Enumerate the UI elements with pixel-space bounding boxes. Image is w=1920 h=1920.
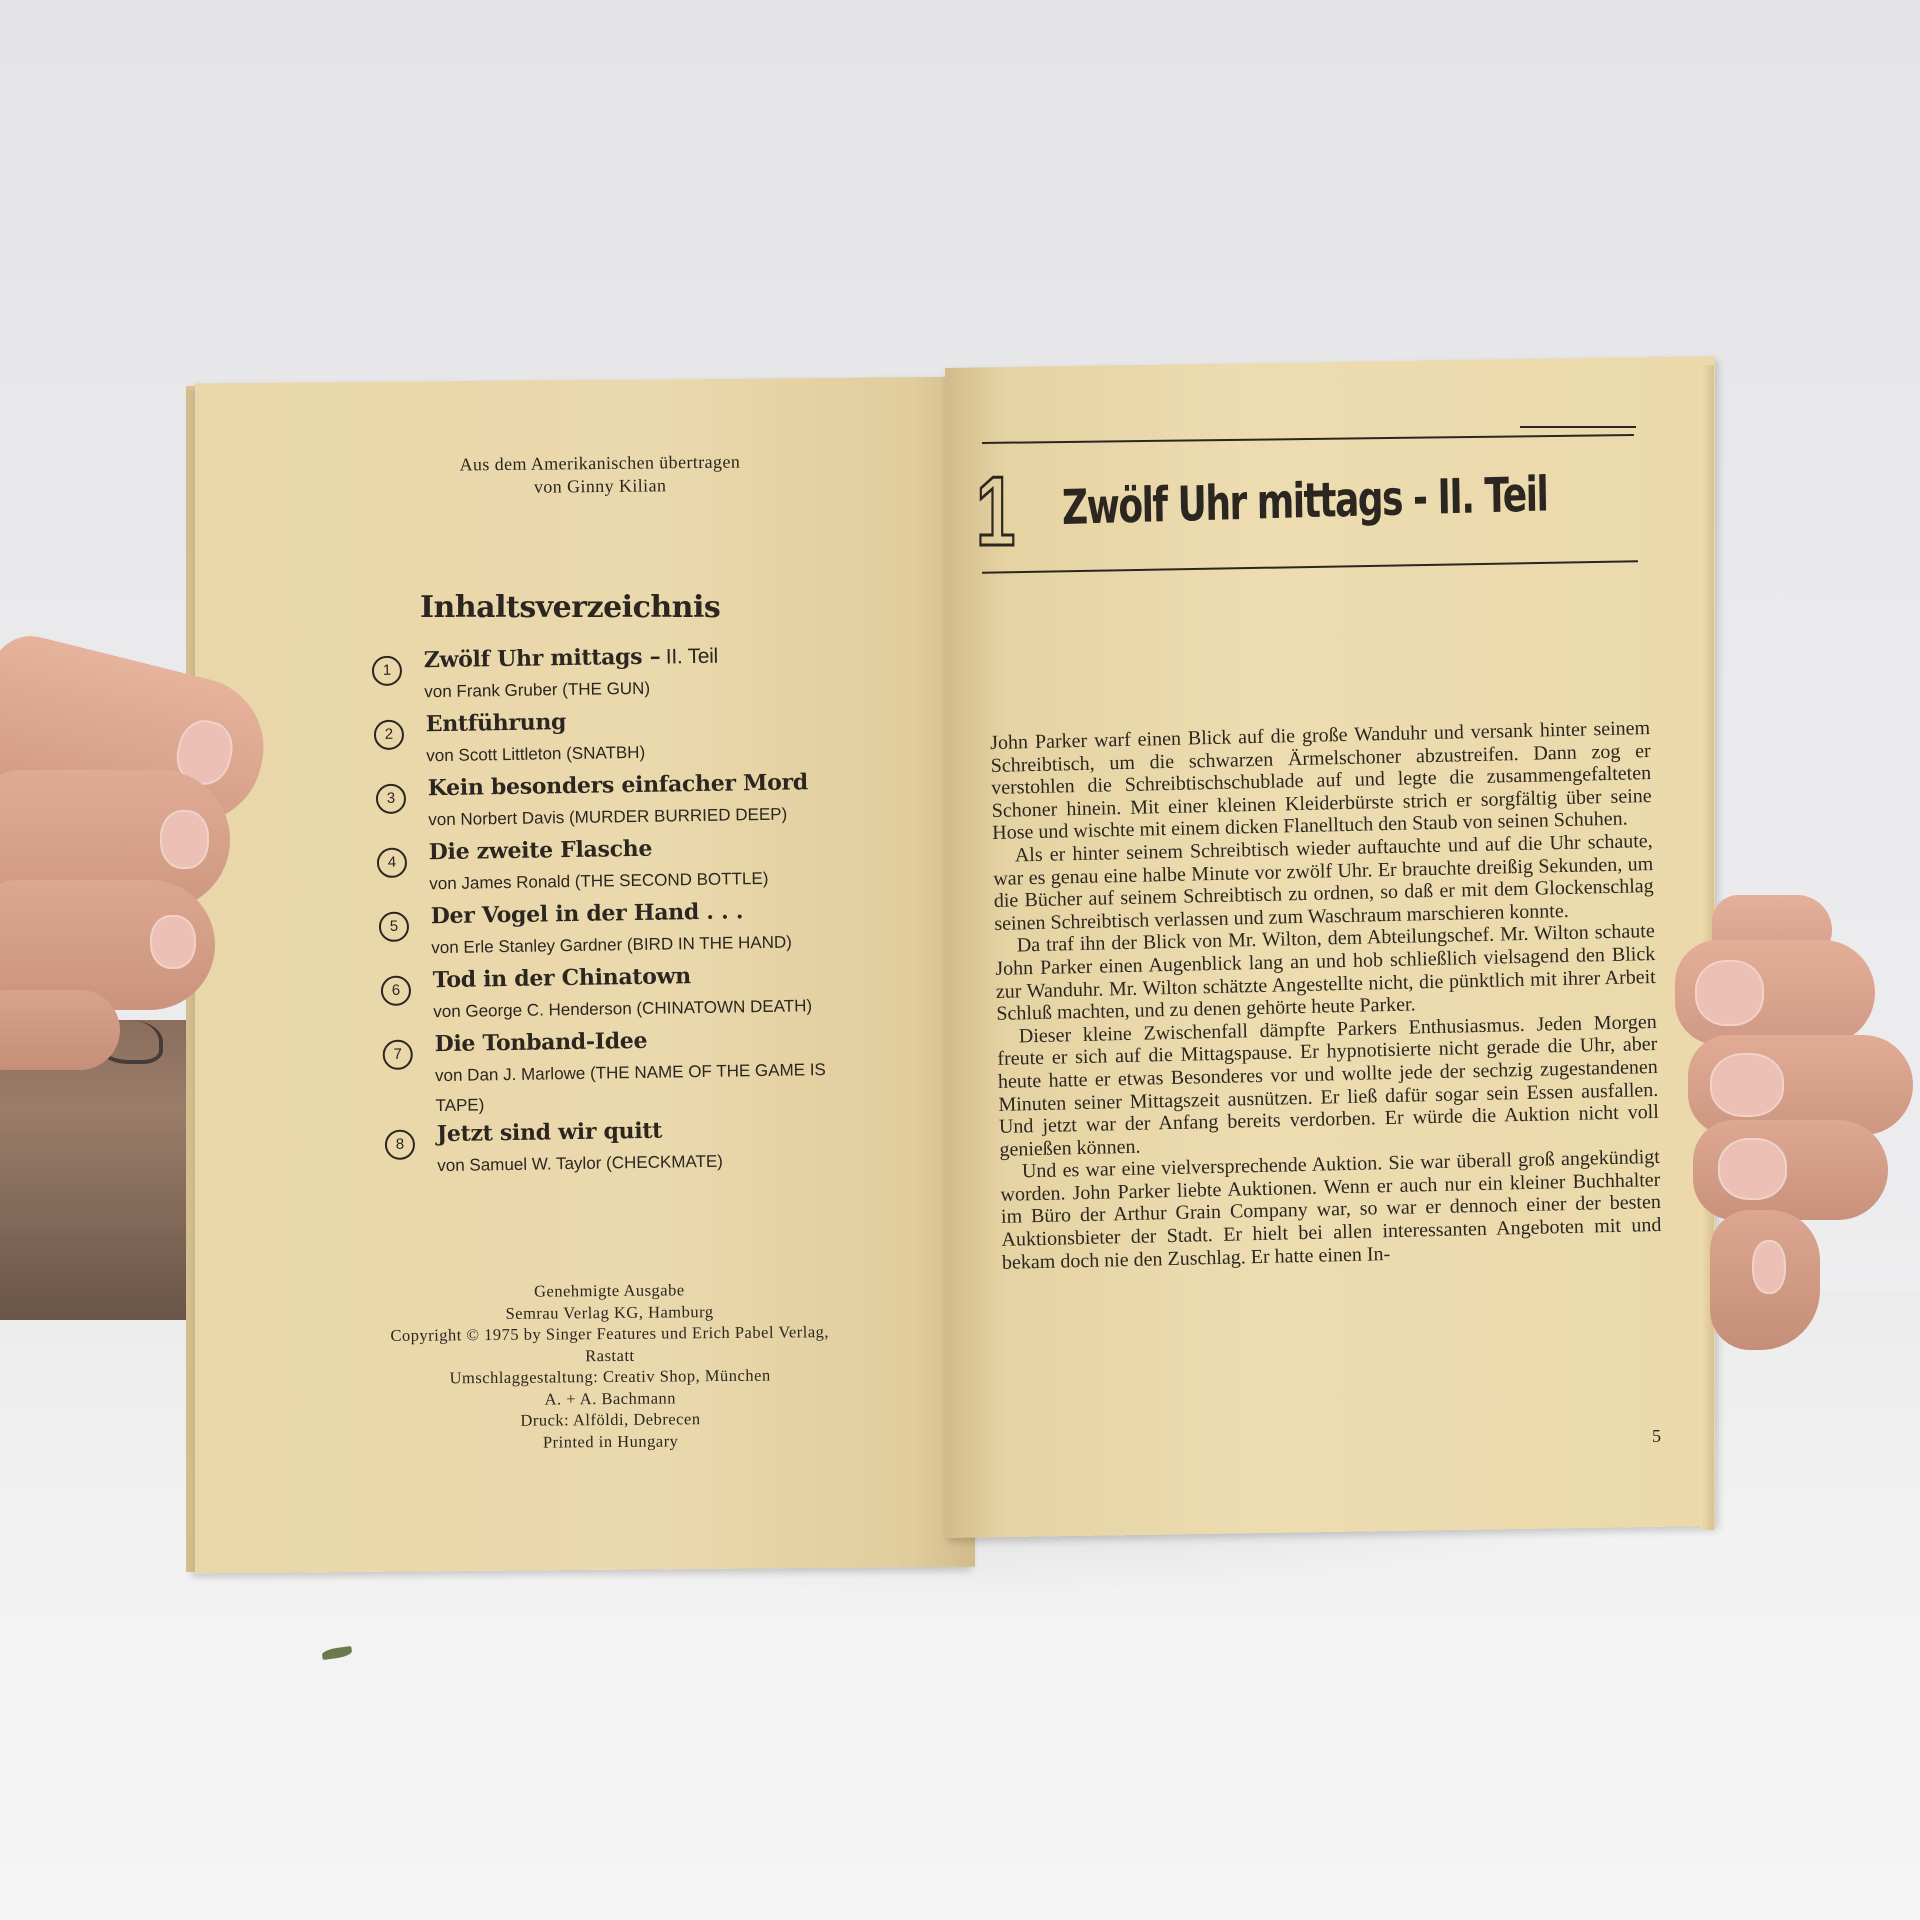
toc-entry-original-title: (SNATBH) [561,743,645,763]
toc-entry-author: von Frank Gruber (THE GUN) [424,674,650,708]
right-hand-index-finger [1675,940,1875,1045]
toc-entry-title: Zwölf Uhr mittags – II. Teil [424,643,719,674]
toc-entry: 1Zwölf Uhr mittags – II. Teilvon Frank G… [372,636,893,708]
body-paragraph: Und es war eine vielversprechende Auktio… [1000,1146,1662,1274]
toc-entry-original-title: (THE GUN) [557,679,650,699]
body-paragraph: Da traf ihn der Blick von Mr. Wilton, de… [995,920,1657,1025]
toc-entry-title: Die Tonband-Idee [434,1028,647,1057]
toc-entry: 2Entführungvon Scott Littleton (SNATBH) [373,700,892,772]
toc-entry: 8Jetzt sind wir quittvon Samuel W. Taylo… [384,1110,892,1182]
toc-entry-title: Tod in der Chinatown [433,963,691,993]
toc-number-circle: 8 [384,1130,414,1160]
toc-heading: Inhaltsverzeichnis [420,590,720,625]
toc-entry-title: Kein besonders einfacher Mord [427,769,807,801]
toc-number-circle: 7 [382,1040,412,1070]
body-paragraph: Dieser kleine Zwischenfall dämpfte Parke… [997,1011,1660,1162]
toc-number-circle: 2 [374,720,404,750]
toc-entry-author: von Scott Littleton (SNATBH) [426,738,645,771]
chapter-top-rule-right [1520,426,1636,428]
toc-entry-author: von Samuel W. Taylor (CHECKMATE) [437,1147,723,1181]
translator-credit: Aus dem Amerikanischen übertragen von Gi… [430,450,770,500]
page-number: 5 [1652,1426,1661,1447]
right-hand-ring-finger [1693,1120,1888,1220]
toc-entry-title: Die zweite Flasche [429,836,653,866]
toc-entry-title: Entführung [425,709,566,737]
left-hand-pinky [0,990,120,1070]
toc-number-circle: 3 [375,784,405,814]
toc-entry-title: Der Vogel in der Hand . . . [431,898,744,929]
toc-entry: 6Tod in der Chinatownvon George C. Hende… [381,956,893,1028]
toc-number-circle: 4 [377,848,407,878]
table-of-contents: 1Zwölf Uhr mittags – II. Teilvon Frank G… [372,640,892,1178]
toc-number-circle: 6 [381,976,411,1006]
body-paragraph: John Parker warf einen Blick auf die gro… [990,717,1652,845]
toc-entry: 3Kein besonders einfacher Mordvon Norber… [375,764,892,836]
toc-entry-original-title: (THE SECOND BOTTLE) [570,869,769,891]
toc-entry-original-title: (MURDER BURRIED DEEP) [564,805,787,827]
toc-entry-original-title: (CHECKMATE) [601,1152,723,1173]
right-hand-pinky [1710,1210,1820,1350]
toc-entry-title-suffix: II. Teil [660,645,718,669]
toc-entry: 7Die Tonband-Ideevon Dan J. Marlowe (THE… [382,1020,893,1118]
toc-entry-original-title: (THE NAME OF THE GAME IS TAPE) [435,1060,826,1115]
toc-entry: 4Die zweite Flaschevon James Ronald (THE… [377,828,893,900]
toc-entry-title: Jetzt sind wir quitt [436,1118,662,1148]
translator-line-1: Aus dem Amerikanischen übertragen [430,450,770,477]
translator-line-2: von Ginny Kilian [430,473,770,500]
chapter-number: 1 [976,462,1015,560]
toc-entry-original-title: (BIRD IN THE HAND) [622,933,792,955]
toc-number-circle: 1 [372,656,402,686]
chapter-body-text: John Parker warf einen Blick auf die gro… [990,717,1662,1274]
body-paragraph: Als er hinter seinem Schreibtisch wieder… [993,830,1655,935]
imprint: Genehmigte AusgabeSemrau Verlag KG, Hamb… [329,1278,890,1455]
toc-number-circle: 5 [379,912,409,942]
toc-entry-original-title: (CHINATOWN DEATH) [632,996,813,1018]
toc-entry: 5Der Vogel in der Hand . . .von Erle Sta… [379,892,893,964]
